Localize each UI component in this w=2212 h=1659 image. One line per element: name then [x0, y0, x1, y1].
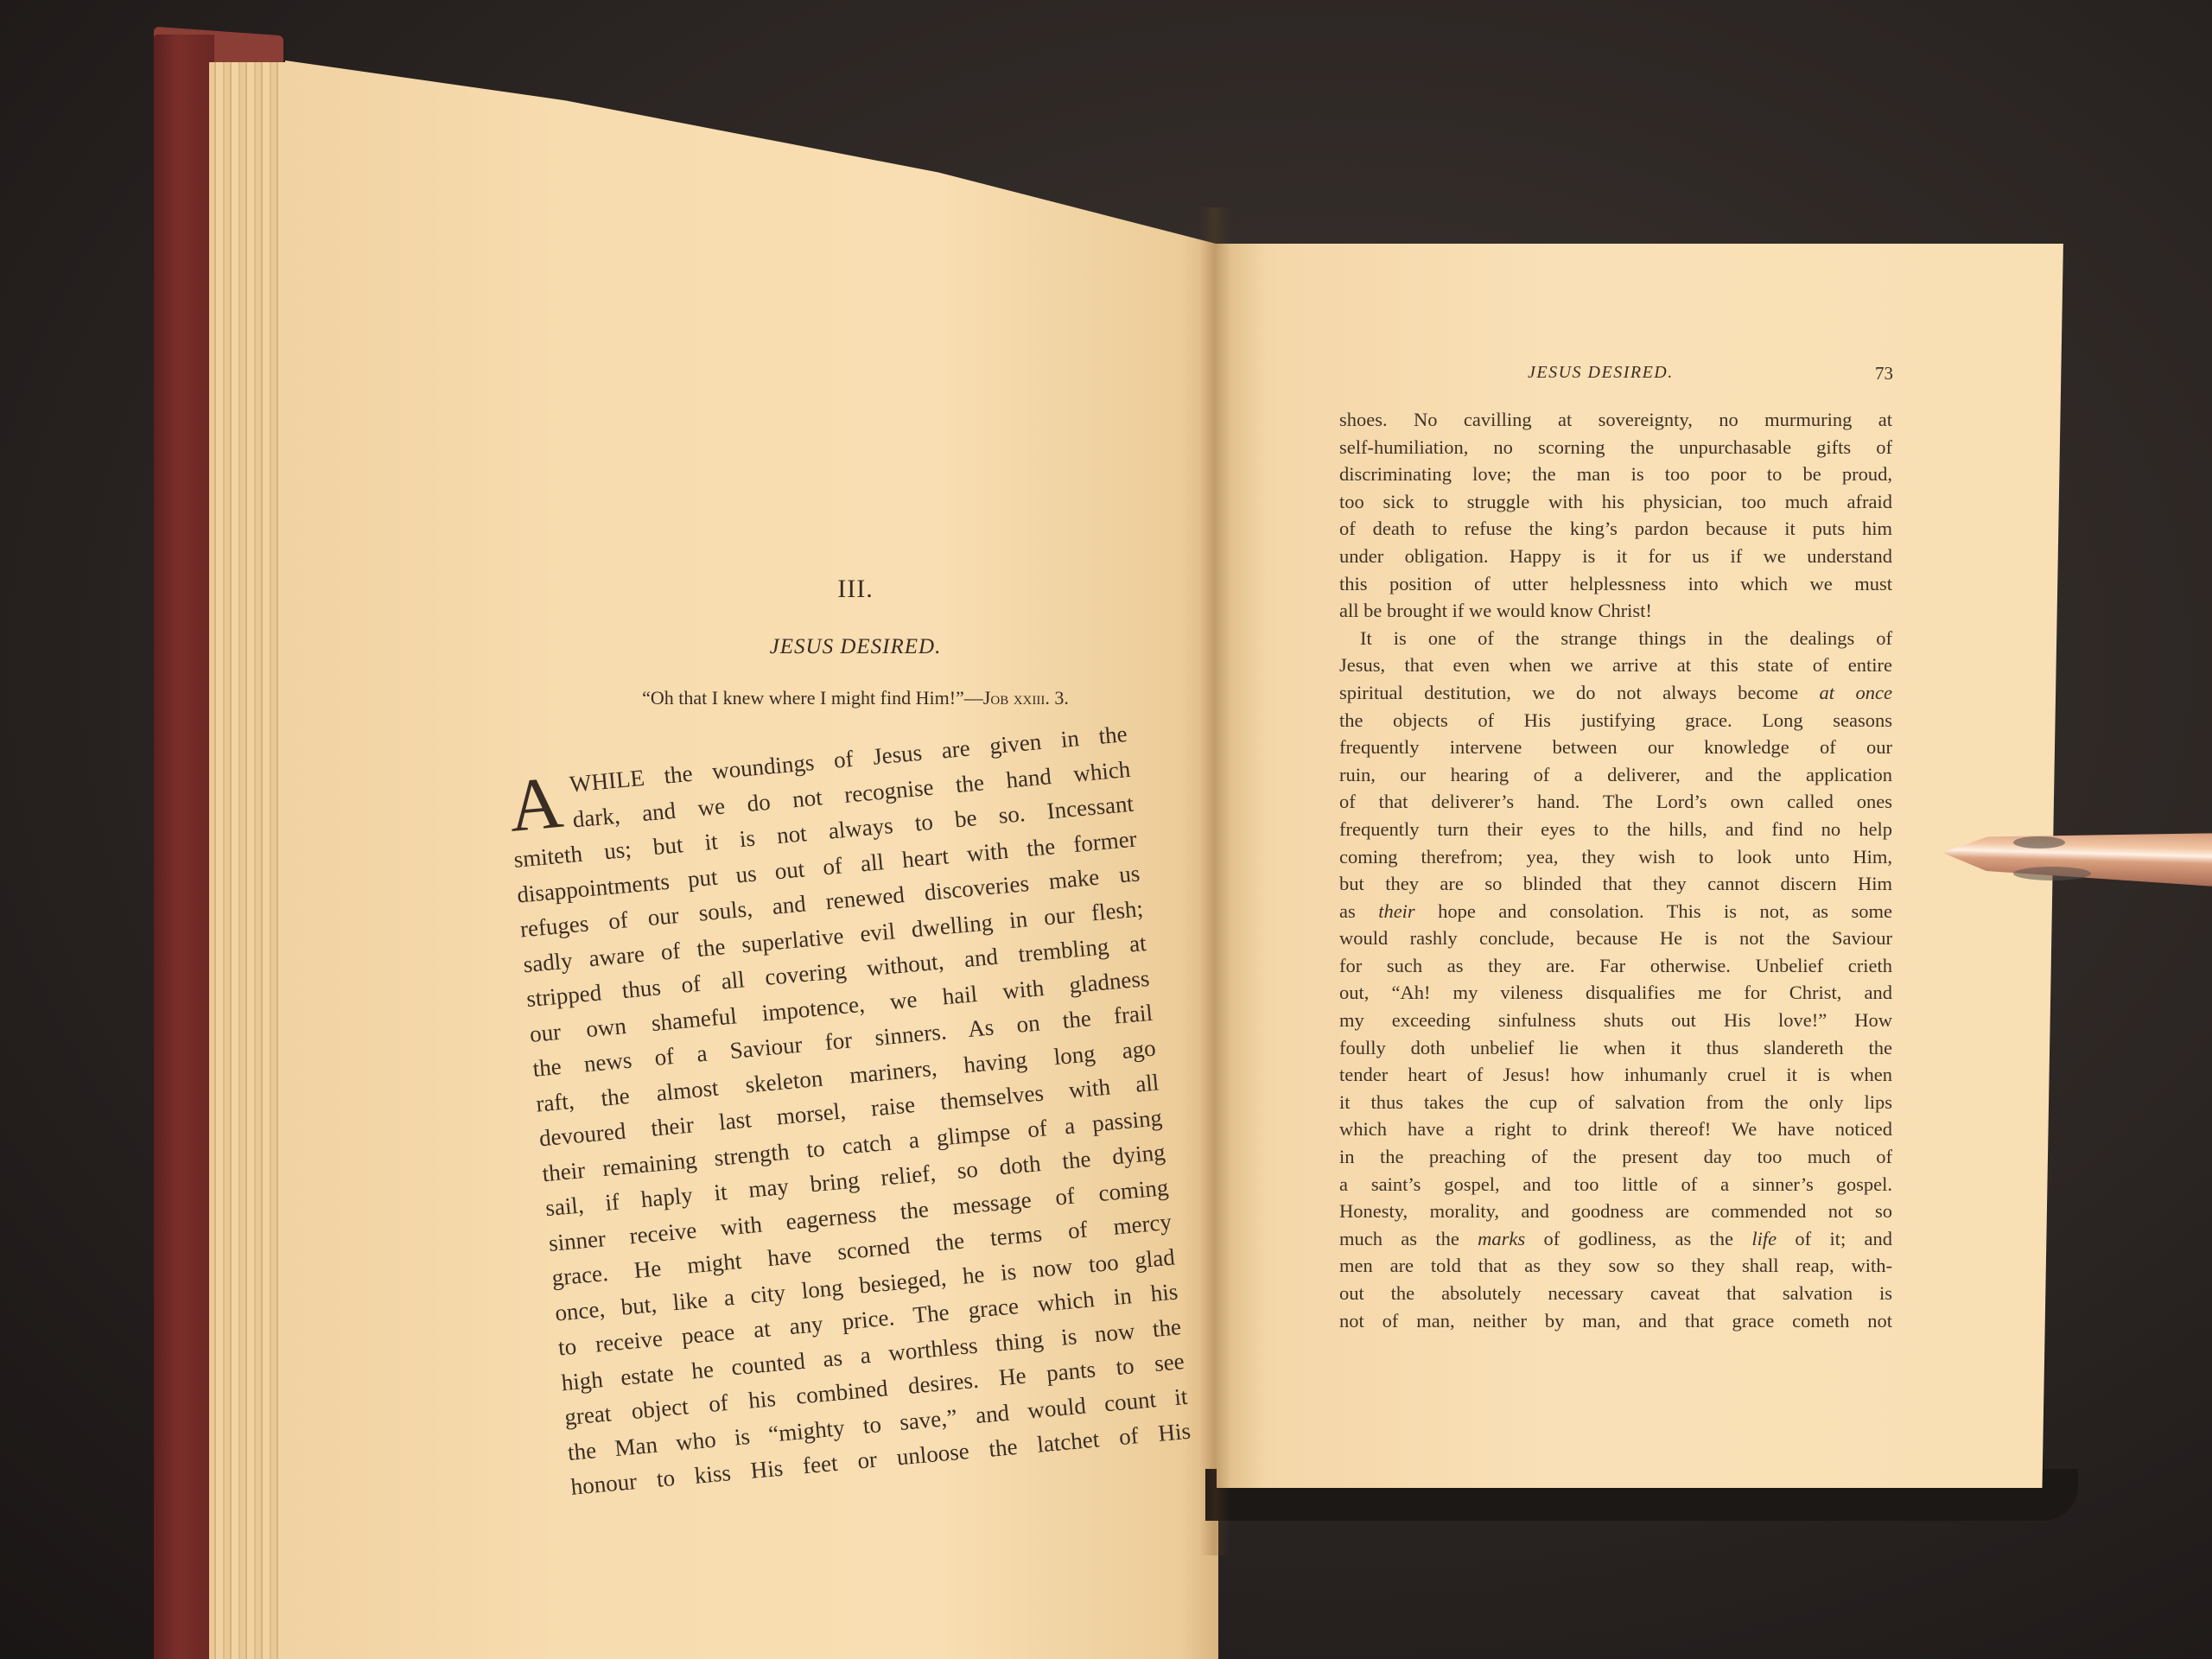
text-line: frequently turn their eyes to the hills,… — [1339, 816, 1892, 843]
drop-cap: A — [506, 772, 565, 836]
text-line: foully doth unbelief lie when it thus sl… — [1339, 1034, 1892, 1062]
text-line: but they are so blinded that they cannot… — [1339, 870, 1892, 898]
chapter-number: III. — [829, 575, 881, 604]
text-line: self-humiliation, no scorning the unpurc… — [1339, 434, 1892, 461]
page-number: 73 — [1875, 363, 1893, 385]
italic-emphasis: their — [1378, 900, 1415, 922]
text-line: of that deliverer’s hand. The Lord’s own… — [1339, 788, 1892, 816]
text-line: Honesty, morality, and goodness are comm… — [1339, 1198, 1892, 1225]
text-fragment: much as the — [1339, 1228, 1478, 1249]
text-line: this position of utter helplessness into… — [1339, 570, 1892, 598]
text-line: too sick to struggle with his physician,… — [1339, 488, 1892, 516]
book-photo: III. JESUS DESIRED. “Oh that I knew wher… — [0, 0, 2212, 1659]
text-line: spiritual destitution, we do not always … — [1339, 679, 1892, 707]
italic-emphasis: marks — [1478, 1228, 1525, 1249]
pointer-reflection — [2013, 867, 2091, 880]
text-fragment: of it; and — [1777, 1228, 1892, 1249]
text-line: discriminating love; the man is too poor… — [1339, 461, 1892, 488]
text-line: tender heart of Jesus! how inhumanly cru… — [1339, 1061, 1892, 1089]
text-line: for such as they are. Far otherwise. Unb… — [1339, 952, 1892, 980]
italic-emphasis: at once — [1820, 682, 1892, 703]
text-line: my exceeding sinfulness shuts out His lo… — [1339, 1007, 1892, 1034]
pointer-reflection — [2013, 836, 2065, 849]
text-line: in the preaching of the present day too … — [1339, 1143, 1892, 1171]
text-line: all be brought if we would know Christ! — [1339, 597, 1892, 625]
text-line: the objects of His justifying grace. Lon… — [1339, 707, 1892, 734]
text-line: frequently intervene between our knowled… — [1339, 734, 1892, 761]
text-line: out the absolutely necessary caveat that… — [1339, 1280, 1892, 1307]
text-fragment: spiritual destitution, we do not always … — [1339, 682, 1820, 703]
epigraph-reference: Job xxiii. 3. — [983, 687, 1069, 709]
italic-emphasis: life — [1751, 1228, 1777, 1249]
text-line: out, “Ah! my vileness disqualifies me fo… — [1339, 979, 1892, 1007]
text-fragment: as — [1339, 900, 1378, 922]
text-line: of death to refuse the king’s pardon bec… — [1339, 515, 1892, 543]
text-line: Jesus, that even when we arrive at this … — [1339, 652, 1892, 679]
text-fragment: of godliness, as the — [1525, 1228, 1751, 1249]
chapter-title: JESUS DESIRED. — [717, 635, 994, 659]
text-line: as their hope and consolation. This is n… — [1339, 898, 1892, 925]
epigraph: “Oh that I knew where I might find Him!”… — [536, 687, 1175, 709]
text-line: shoes. No cavilling at sovereignty, no m… — [1339, 406, 1892, 434]
text-line: It is one of the strange things in the d… — [1339, 625, 1892, 652]
running-head: JESUS DESIRED. — [1528, 363, 1674, 383]
text-line: would rashly conclude, because He is not… — [1339, 925, 1892, 952]
book-gutter — [1199, 207, 1230, 1555]
text-line: much as the marks of godliness, as the l… — [1339, 1225, 1892, 1253]
left-text-lines: smiteth us; but it is not always to be s… — [512, 786, 1192, 1505]
epigraph-quote: “Oh that I knew where I might find Him!”… — [642, 687, 983, 709]
text-line: men are told that as they sow so they sh… — [1339, 1252, 1892, 1280]
text-line: not of man, neither by man, and that gra… — [1339, 1307, 1892, 1335]
right-page-body: shoes. No cavilling at sovereignty, no m… — [1339, 406, 1892, 1334]
book-binding — [154, 35, 214, 1659]
text-line: under obligation. Happy is it for us if … — [1339, 543, 1892, 570]
text-line: ruin, our hearing of a deliverer, and th… — [1339, 761, 1892, 789]
page-stack-edge — [209, 62, 296, 1659]
text-line: which have a right to drink thereof! We … — [1339, 1116, 1892, 1143]
left-page-body: A WHILE the woundings of Jesus are given… — [506, 716, 1192, 1504]
text-line: a saint’s gospel, and too little of a si… — [1339, 1171, 1892, 1198]
text-line: it thus takes the cup of salvation from … — [1339, 1089, 1892, 1116]
text-fragment: hope and consolation. This is not, as so… — [1415, 900, 1892, 922]
text-line: coming therefrom; yea, they wish to look… — [1339, 843, 1892, 871]
